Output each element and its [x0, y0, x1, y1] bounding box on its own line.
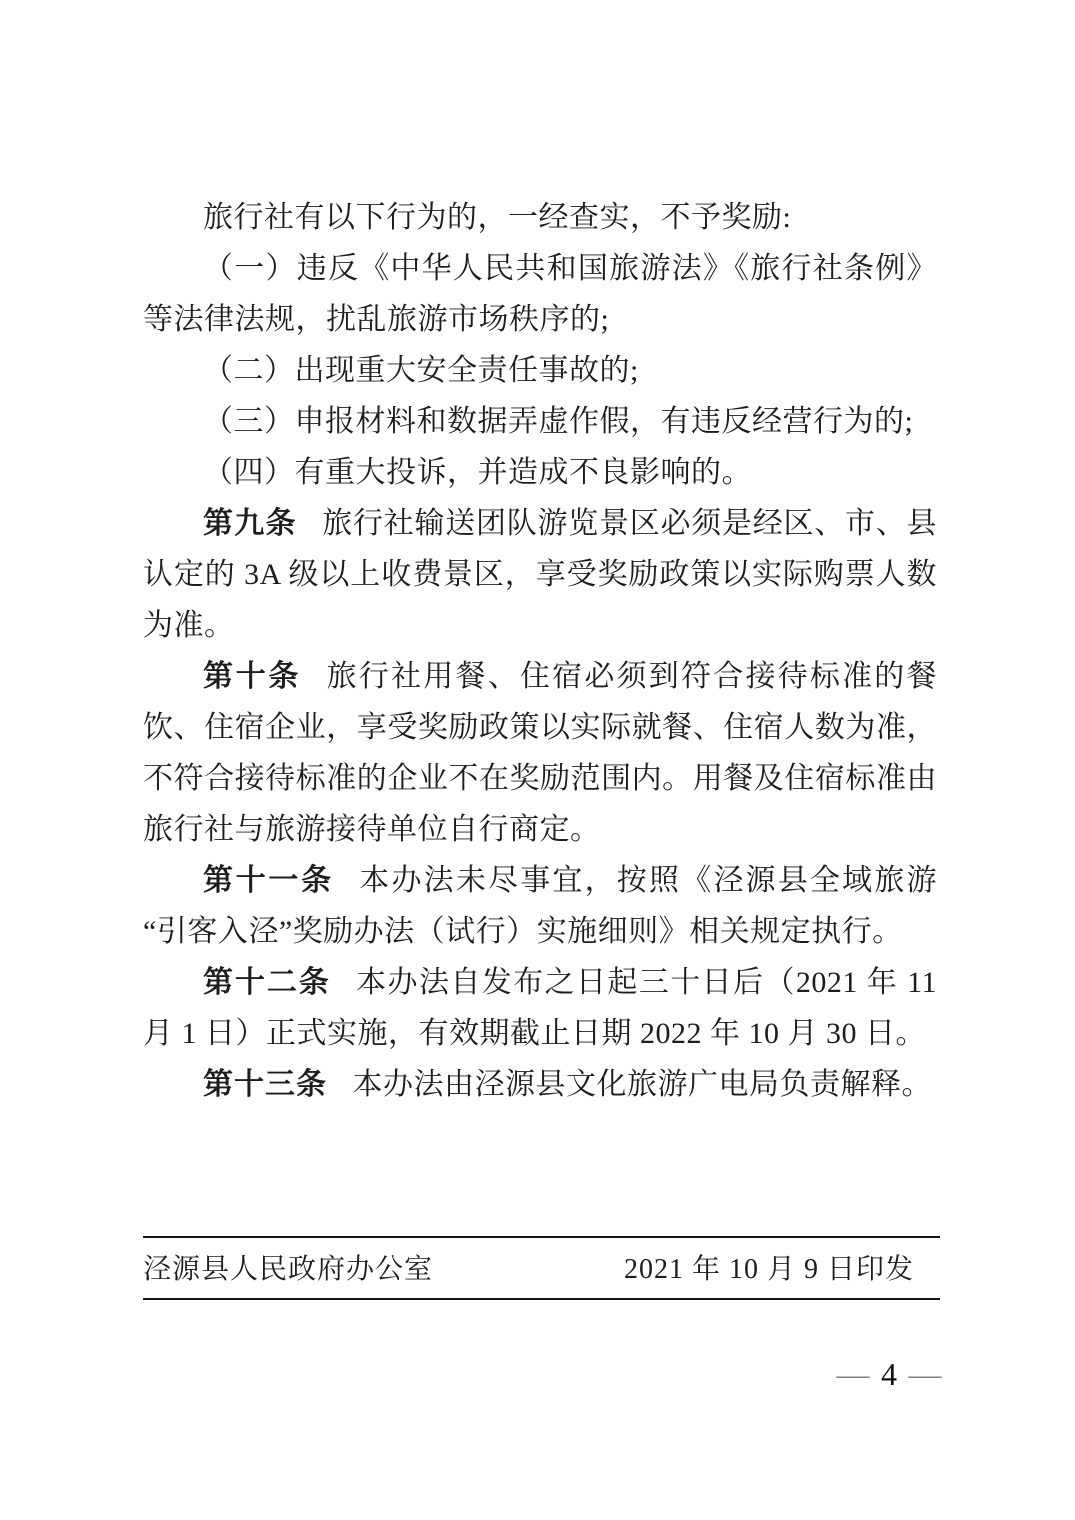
page-number-dash-right: —	[909, 1358, 942, 1392]
issuing-office: 泾源县人民政府办公室	[143, 1247, 433, 1287]
article-12-number: 第十二条	[203, 966, 331, 999]
page-number-value: 4	[881, 1356, 897, 1393]
paragraph-article-13: 第十三条本办法由泾源县文化旅游广电局负责解释。	[143, 1059, 937, 1110]
colophon: 泾源县人民政府办公室 2021 年 10 月 9 日印发	[143, 1247, 940, 1287]
article-10-number: 第十条	[203, 660, 301, 693]
document-page: 旅行社有以下行为的，一经查实，不予奖励: （一）违反《中华人民共和国旅游法》《旅…	[0, 0, 1075, 1520]
footer-rule-bottom	[143, 1298, 940, 1300]
paragraph-article-12: 第十二条本办法自发布之日起三十日后（2021 年 11 月 1 日）正式实施，有…	[143, 957, 937, 1059]
page-number-dash-left: —	[837, 1358, 870, 1392]
footer-rule-top	[143, 1236, 940, 1238]
article-9-number: 第九条	[203, 507, 297, 540]
paragraph-article-10: 第十条旅行社用餐、住宿必须到符合接待标准的餐饮、住宿企业，享受奖励政策以实际就餐…	[143, 651, 937, 855]
article-13-text: 本办法由泾源县文化旅游广电局负责解释。	[353, 1068, 933, 1101]
paragraph-intro: 旅行社有以下行为的，一经查实，不予奖励:	[143, 192, 937, 243]
document-body: 旅行社有以下行为的，一经查实，不予奖励: （一）违反《中华人民共和国旅游法》《旅…	[143, 192, 937, 1110]
article-13-number: 第十三条	[203, 1068, 327, 1101]
paragraph-item-1: （一）违反《中华人民共和国旅游法》《旅行社条例》等法律法规，扰乱旅游市场秩序的;	[143, 243, 937, 345]
paragraph-article-11: 第十一条本办法未尽事宜，按照《泾源县全域旅游“引客入泾”奖励办法（试行）实施细则…	[143, 855, 937, 957]
paragraph-item-3: （三）申报材料和数据弄虚作假，有违反经营行为的;	[143, 396, 937, 447]
paragraph-item-4: （四）有重大投诉，并造成不良影响的。	[143, 447, 937, 498]
article-11-number: 第十一条	[203, 864, 334, 897]
page-number: — 4 —	[838, 1356, 940, 1393]
paragraph-article-9: 第九条旅行社输送团队游览景区必须是经区、市、县认定的 3A 级以上收费景区，享受…	[143, 498, 937, 651]
print-date: 2021 年 10 月 9 日印发	[624, 1247, 940, 1287]
paragraph-item-2: （二）出现重大安全责任事故的;	[143, 345, 937, 396]
